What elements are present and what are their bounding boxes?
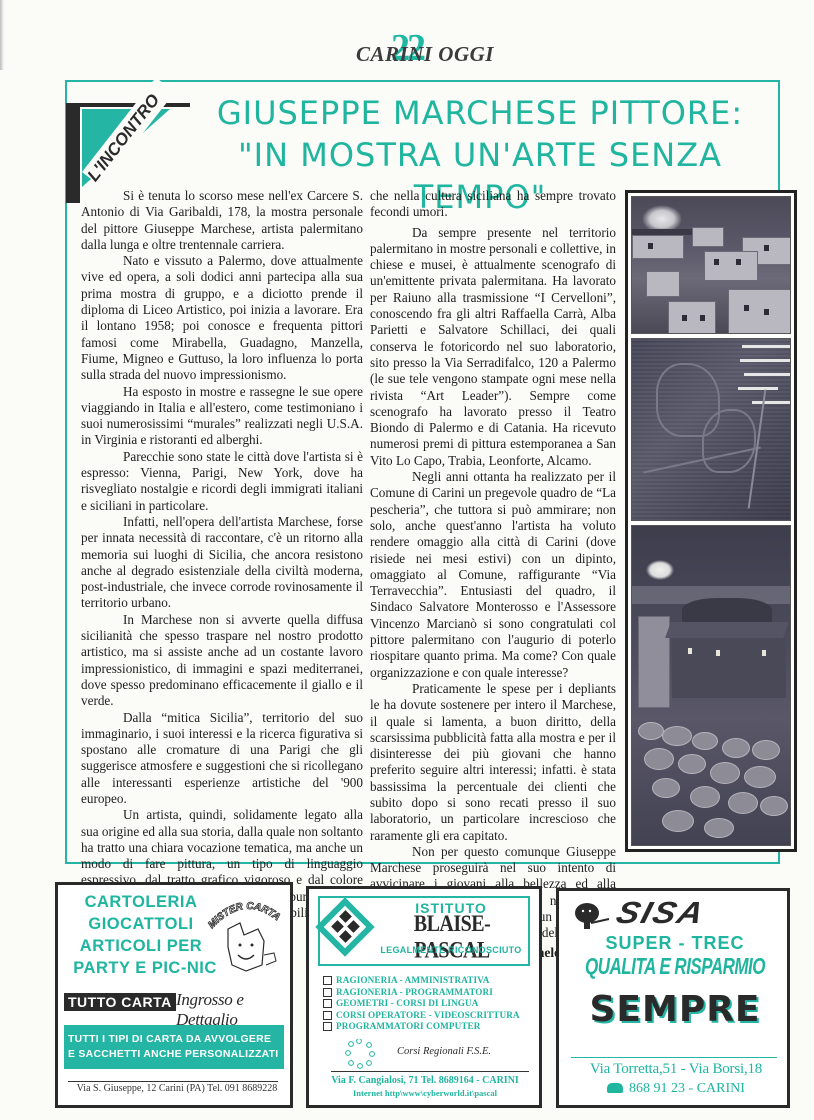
tutto-carta-tag: TUTTO CARTA	[64, 993, 176, 1011]
ad-sisa-phone: 868 91 23 - CARINI	[563, 1081, 789, 1097]
institute-name: BLAISE-PASCAL	[376, 912, 528, 965]
ad-sisa-address: Via Torretta,51 - Via Borsi,18	[563, 1061, 789, 1078]
article-column-2: che nella cultura siciliana ha sempre tr…	[370, 188, 616, 961]
course-item: RAGIONERIA - PROGRAMMATORI	[323, 987, 533, 999]
course-item: RAGIONERIA - AMMINISTRATIVA	[323, 975, 533, 987]
fse-label: Corsi Regionali F.S.E.	[397, 1046, 491, 1057]
headline-line-1: GIUSEPPE MARCHESE PITTORE:	[190, 92, 770, 134]
banner-line-2: E SACCHETTI ANCHE PERSONALIZZATI	[68, 1047, 280, 1062]
paragraph: Ha esposto in mostre e rassegne le sue o…	[81, 384, 363, 449]
ad-blaise-pascal: ISTITUTO BLAISE-PASCAL LEGALMENTE RICONO…	[306, 886, 542, 1108]
checkbox-icon	[323, 988, 332, 997]
ad-cartoleria-line: ARTICOLI PER	[66, 935, 216, 957]
ad-blaise-pascal-header: ISTITUTO BLAISE-PASCAL LEGALMENTE RICONO…	[318, 896, 530, 966]
paragraph: Da sempre presente nel territorio palerm…	[370, 225, 616, 469]
paragraph: Si è tenuta lo scorso mese nell'ex Carce…	[81, 188, 363, 253]
ad-sisa: SISA SUPER - TREC QUALITA E RISPARMIO SE…	[556, 888, 790, 1108]
checkbox-icon	[323, 976, 332, 985]
ad-cartoleria-line: GIOCATTOLI	[66, 913, 216, 935]
paragraph: Infatti, nell'opera dell'artista Marches…	[81, 514, 363, 612]
masthead: 22 CARINI OGGI	[0, 30, 814, 70]
paragraph: Praticamente le spese per i depliants le…	[370, 681, 616, 844]
legal-recognition: LEGALMENTE RICONOSCIUTO	[376, 945, 526, 955]
paragraph: Nato e vissuto a Palermo, dove attualmen…	[81, 253, 363, 383]
course-item: CORSI OPERATORE - VIDEOSCRITTURA	[323, 1010, 533, 1022]
paragraph: In Marchese non si avverte quella diffus…	[81, 612, 363, 710]
ad-blaise-pascal-address: Via F. Cangialosi, 71 Tel. 8689164 - CAR…	[313, 1075, 537, 1086]
sisa-tree-mascot-icon	[573, 901, 613, 931]
article-column-1: Si è tenuta lo scorso mese nell'ex Carce…	[81, 188, 363, 938]
paragraph: Dalla “mitica Sicilia”, territorio del s…	[81, 710, 363, 808]
painting-house-moonlight	[631, 525, 791, 846]
course-item: PROGRAMMATORI COMPUTER	[323, 1021, 533, 1033]
eu-stars-icon	[345, 1039, 375, 1069]
ad-cartoleria-address: Via S. Giuseppe, 12 Carini (PA) Tel. 091…	[66, 1083, 288, 1094]
ingrosso-dettaglio: Ingrosso e Dettaglio	[176, 990, 290, 1030]
painting-photo-stack	[625, 190, 797, 852]
paragraph-continuation: che nella cultura siciliana ha sempre tr…	[370, 188, 616, 221]
svg-text:MISTER CARTA: MISTER CARTA	[206, 901, 282, 931]
checkbox-icon	[323, 1011, 332, 1020]
mister-carta-mascot-icon: MISTER CARTA	[206, 895, 286, 975]
divider	[68, 1081, 278, 1082]
banner-line-1: TUTTI I TIPI DI CARTA DA AVVOLGERE	[68, 1032, 280, 1047]
paragraph: Parecchie sono state le città dove l'art…	[81, 449, 363, 514]
ad-cartoleria-line: CARTOLERIA	[66, 891, 216, 913]
telephone-icon	[607, 1083, 623, 1093]
paragraph: Negli anni ottanta ha realizzato per il …	[370, 469, 616, 681]
sisa-brand: SISA	[612, 896, 709, 931]
checkbox-icon	[323, 999, 332, 1008]
publication-name: CARINI OGGI	[355, 42, 495, 66]
course-item: GEOMETRI - CORSI DI LINGUA	[323, 998, 533, 1010]
qualita-risparmio: QUALITA E RISPARMIO	[565, 954, 785, 981]
divider	[571, 1057, 777, 1058]
ad-cartoleria-banner: TUTTI I TIPI DI CARTA DA AVVOLGERE E SAC…	[64, 1025, 284, 1069]
checkbox-icon	[323, 1022, 332, 1031]
ad-cartoleria-line: PARTY E PIC-NIC	[60, 957, 230, 979]
painting-figures-abstract	[631, 338, 791, 521]
super-trec: SUPER - TREC	[565, 933, 785, 954]
ad-blaise-pascal-internet: Internet http\www\cyberworld.it\pascal	[313, 1088, 537, 1098]
divider	[331, 1071, 529, 1072]
painting-village-night	[631, 196, 791, 334]
sempre-slogan: SEMPRE	[565, 989, 785, 1030]
course-list: RAGIONERIA - AMMINISTRATIVA RAGIONERIA -…	[323, 975, 533, 1033]
ad-cartoleria: CARTOLERIA GIOCATTOLI ARTICOLI PER PARTY…	[55, 882, 293, 1108]
